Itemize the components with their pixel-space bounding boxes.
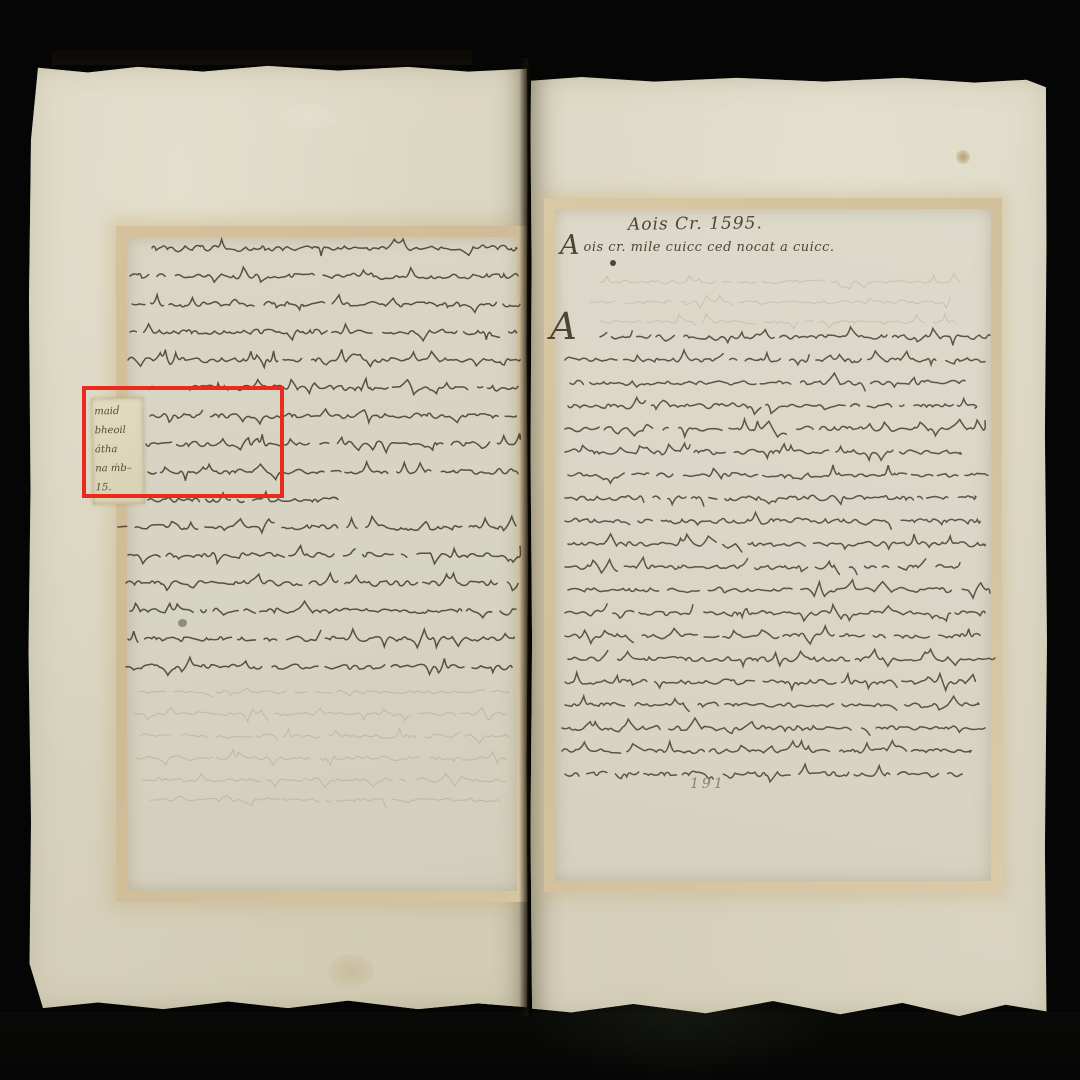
paragraph-initial: A [550, 312, 577, 342]
year-subheading: A ois cr. mile cuicc ced nocat a cuicc. [560, 236, 835, 256]
subheading-initial: A [560, 236, 580, 256]
paper-stain [278, 104, 338, 130]
paper-stain [328, 954, 374, 988]
year-heading: Aois Cr. 1595. [628, 213, 763, 234]
book-edge-strip [52, 50, 472, 65]
red-annotation-rectangle [82, 386, 284, 498]
right-inlay-leaf [544, 198, 1002, 892]
left-inlay-leaf [116, 226, 528, 902]
manuscript-photo: maiḋ bheoil átha na ṁb– 15. Aois Cr. 159… [0, 0, 1080, 1080]
page-number: 191 [690, 776, 726, 792]
subheading-text: ois cr. mile cuicc ced nocat a cuicc. [584, 236, 835, 255]
left-page: maiḋ bheoil átha na ṁb– 15. [28, 64, 528, 1011]
right-page: Aois Cr. 1595. A ois cr. mile cuicc ced … [530, 76, 1047, 1018]
paper-stain [956, 150, 970, 164]
